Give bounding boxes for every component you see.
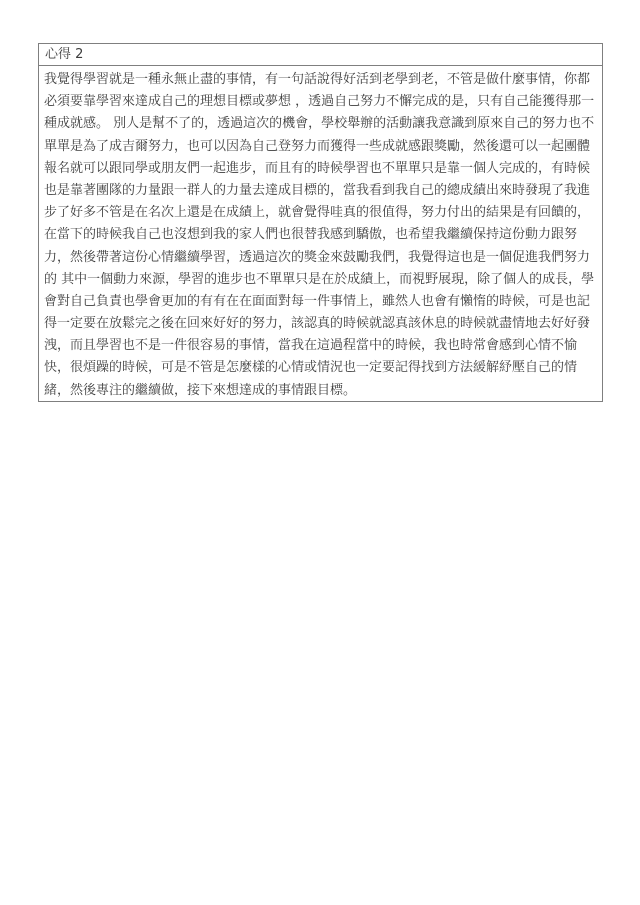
text-line: 洩，而且學習也不是一件很容易的事情，當我在這過程當中的時候，我也時常會感到心情不… — [44, 335, 597, 357]
text-line: 的 其中一個動力來源，學習的進步也不單單只是在於成績上，而視野展現，除了個人的成… — [44, 269, 597, 291]
text-line: 必須要靠學習來達成自己的理想目標或夢想 ，透過自己努力不懈完成的是，只有自己能獲… — [44, 91, 597, 113]
text-line: 得一定要在放鬆完之後在回來好好的努力，該認真的時候就認真該休息的時候就盡情地去好… — [44, 313, 597, 335]
text-line: 會對自己負責也學會更加的有有在在面面對每一件事情上，雖然人也會有懶惰的時候，可是… — [44, 291, 597, 313]
reflection-table: 心得 2 我覺得學習就是一種永無止盡的事情，有一句話說得好活到老學到老，不管是做… — [38, 43, 603, 402]
text-line: 也是靠著團隊的力量跟一群人的力量去達成目標的，當我看到我自己的總成績出來時發現了… — [44, 180, 597, 202]
text-line: 快，很煩躁的時候，可是不管是怎麼樣的心情或情況也一定要記得找到方法緩解紓壓自己的… — [44, 357, 597, 379]
text-line: 在當下的時候我自己也沒想到我的家人們也很替我感到驕傲，也希望我繼續保持這份動力跟… — [44, 224, 597, 246]
document-page: 心得 2 我覺得學習就是一種永無止盡的事情，有一句話說得好活到老學到老，不管是做… — [0, 0, 640, 905]
table-header-label: 心得 2 — [45, 47, 83, 62]
text-line: 力，然後帶著這份心情繼續學習，透過這次的獎金來鼓勵我們，我覺得這也是一個促進我們… — [44, 247, 597, 269]
text-line: 單單是為了成吉爾努力，也可以因為自己登努力而獲得一些成就感跟獎勵，然後還可以一起… — [44, 136, 597, 158]
text-line: 種成就感。 別人是幫不了的，透過這次的機會，學校舉辦的活動讓我意識到原來自己的努… — [44, 113, 597, 135]
table-header-row: 心得 2 — [39, 44, 602, 66]
text-line: 報名就可以跟同學或朋友們一起進步，而且有的時候學習也不單單只是靠一個人完成的，有… — [44, 158, 597, 180]
text-line: 我覺得學習就是一種永無止盡的事情，有一句話說得好活到老學到老，不管是做什麼事情，… — [44, 69, 597, 91]
text-line: 緒，然後專注的繼續做，接下來想達成的事情跟目標。 — [44, 380, 597, 401]
table-body-cell: 我覺得學習就是一種永無止盡的事情，有一句話說得好活到老學到老，不管是做什麼事情，… — [39, 66, 602, 401]
text-line: 步了好多不管是在名次上還是在成績上，就會覺得哇真的很值得，努力付出的結果是有回饋… — [44, 202, 597, 224]
